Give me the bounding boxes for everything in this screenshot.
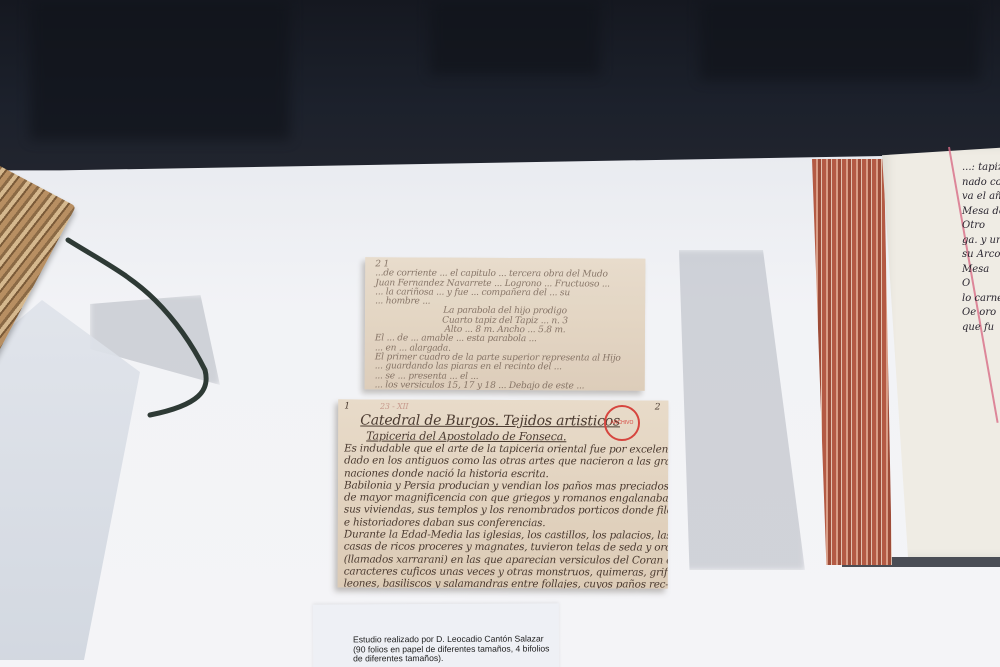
ledger-line: lo carne [962, 292, 1000, 307]
ledger-line: que fu [962, 321, 1000, 336]
shadow-shape [700, 0, 980, 80]
archive-stamp-icon: ARCHIVO [604, 405, 640, 441]
ledger-line: O [962, 277, 1000, 292]
manuscript-line: naciones donde nació la historia escrita… [338, 467, 668, 480]
ledger-line: va el año [962, 190, 1000, 205]
shadow-shape [30, 0, 290, 140]
exhibit-label-card: Estudio realizado por D. Leocadio Cantón… [313, 603, 559, 667]
ledger-line: Mesa de [962, 205, 1000, 220]
display-case-scene: 2 1 ...de corriente ... el capitulo ... … [0, 0, 1000, 667]
manuscript-line: (llamados xarrarani) en las que aparecia… [338, 553, 668, 566]
page-number: 1 [344, 401, 350, 411]
manuscript-line: caracteres cuficos unas veces y otras mo… [338, 565, 668, 578]
manuscript-page-top: 2 1 ...de corriente ... el capitulo ... … [365, 257, 646, 390]
manuscript-line: de mayor magnificencia con que griegos y… [338, 492, 668, 505]
ledger-line: nado con su [962, 176, 1000, 191]
manuscript-line: Durante la Edad-Media las iglesias, los … [338, 529, 668, 542]
ledger-line: ...: tapiz azul con [962, 161, 1000, 176]
manuscript-line: e historiadores daban sus conferencias. [338, 516, 668, 529]
ledger-text: ...: tapiz azul con nado con su va el añ… [962, 161, 1000, 335]
manuscript-line: casas de ricos proceres y magnates, tuvi… [338, 541, 668, 554]
manuscript-line: dado en los antiguos como las otras arte… [338, 455, 668, 468]
page-number: 2 [655, 403, 661, 413]
manuscript-line: leones, basiliscos y salamandras entre f… [338, 578, 668, 589]
manuscript-line: Babilonia y Persia producian y vendian l… [338, 479, 668, 492]
binding-cord-icon [60, 230, 230, 430]
ledger-line: su Arco [962, 248, 1000, 263]
ledger-line: Oe oro [962, 306, 1000, 321]
label-line: de diferentes tamaños). [353, 654, 563, 665]
ledger-line: ga. y una [962, 234, 1000, 249]
exhibit-label-text: Estudio realizado por D. Leocadio Cantón… [353, 634, 563, 664]
shadow-shape [430, 0, 600, 75]
ledger-line: Mesa [962, 263, 1000, 278]
stamp-text: ARCHIVO [611, 420, 634, 426]
manuscript-line: Es indudable que el arte de la tapiceria… [338, 442, 668, 455]
manuscript-line: sus viviendas, sus templos y los renombr… [338, 504, 668, 517]
ledger-line: Otro [962, 219, 1000, 234]
red-page-edges [812, 159, 892, 565]
pencil-annotation: 23 - XII [380, 402, 408, 411]
bound-ledger-book: ...: tapiz azul con nado con su va el añ… [812, 147, 1000, 567]
